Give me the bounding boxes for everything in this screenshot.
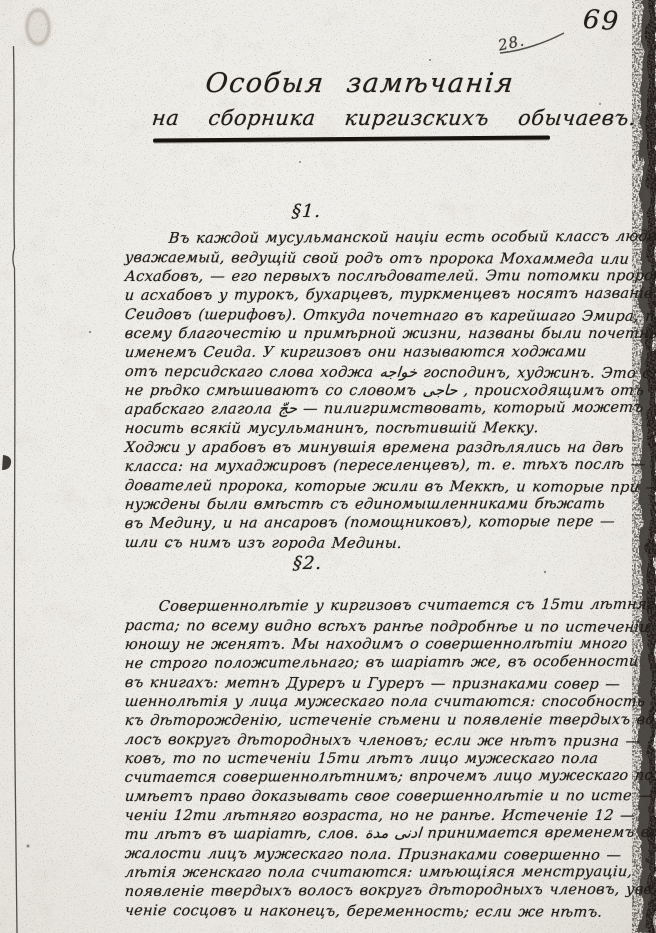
section-1-heading: §1. <box>291 201 322 222</box>
manuscript-line: ти лѣтъ въ шаріатѣ, слов. ادنى مدة прини… <box>124 823 651 844</box>
subtitle-underline <box>153 135 550 142</box>
manuscript-line: класса: на мухаджировъ (переселенцевъ), … <box>124 455 651 476</box>
manuscript-line: Въ каждой мусульманской націи есть особы… <box>124 227 651 248</box>
manuscript-line: къ дѣторожденію, истеченіе сѣмени и появ… <box>124 710 651 730</box>
folio-page-number: 69 <box>582 5 621 38</box>
manuscript-line: въ Медину, и на ансаровъ (помощниковъ), … <box>124 512 651 533</box>
stain-haze <box>24 7 52 47</box>
manuscript-line: имѣетъ право доказывать свое совершеннол… <box>124 786 651 806</box>
manuscript-line: считается совершеннолѣтнимъ; впрочемъ ли… <box>124 766 651 787</box>
section-1-text: Въ каждой мусульманской націи есть особы… <box>124 229 649 552</box>
manuscript-line: шли съ нимъ изъ города Медины. <box>124 533 651 554</box>
document-subtitle: на сборника киргизскихъ обычаевъ. <box>151 106 574 130</box>
manuscript-line: и асхабовъ у турокъ, бухарцевъ, туркменц… <box>124 284 651 305</box>
manuscript-line: лосъ вокругъ дѣтородныхъ членовъ; если ж… <box>124 730 651 751</box>
manuscript-line: отъ персидскаго слова ходжа خواجه господ… <box>124 362 651 383</box>
manuscript-line: Асхабовъ, — его первыхъ послѣдователей. … <box>124 266 651 286</box>
manuscript-line: арабскаго глагола حجّ — пилигримствовать… <box>124 398 651 419</box>
manuscript-line: именемъ Сеида. У киргизовъ они называютс… <box>124 342 651 362</box>
manuscript-line: лѣтія женскаго пола считаются: имѣющіяся… <box>124 862 651 882</box>
document-title: Особыя замѣчанія <box>118 68 601 99</box>
manuscript-line: нуждены были вмѣстѣ съ единомышленниками… <box>124 494 651 514</box>
manuscript-line: Совершеннолѣтіе у киргизовъ считается съ… <box>124 595 651 616</box>
manuscript-line: носить всякій мусульманинъ, посѣтившій М… <box>124 418 651 438</box>
corner-annotation: 28. <box>496 31 526 54</box>
manuscript-line: въ книгахъ: метнъ Дуреръ и Гуреръ — приз… <box>124 673 651 694</box>
margin-ink-blot <box>2 455 11 470</box>
section-2-text: Совершеннолѣтіе у киргизовъ считается съ… <box>124 597 649 920</box>
manuscript-line: Сеидовъ (шерифовъ). Откуда почетнаго въ … <box>124 305 651 326</box>
manuscript-page: 69 28. Особыя замѣчанія на сборника кирг… <box>0 0 656 933</box>
section-2-heading: §2. <box>292 553 323 574</box>
page-fold-line <box>13 46 17 933</box>
manuscript-line: шеннолѣтія у лица мужескаго пола считают… <box>124 692 651 711</box>
stain-ring <box>27 10 49 44</box>
manuscript-line: юношу не женятъ. Мы находимъ о совершенн… <box>124 634 651 654</box>
manuscript-line: всему благочестію и примѣрной жизни, наз… <box>124 324 651 343</box>
manuscript-line: появленіе твердыхъ волосъ вокругъ дѣторо… <box>124 880 651 901</box>
manuscript-line: ченіе сосцовъ и наконецъ, беременность; … <box>124 901 651 922</box>
manuscript-line: не строго положительнаго; въ шаріатѣ же,… <box>124 652 651 673</box>
